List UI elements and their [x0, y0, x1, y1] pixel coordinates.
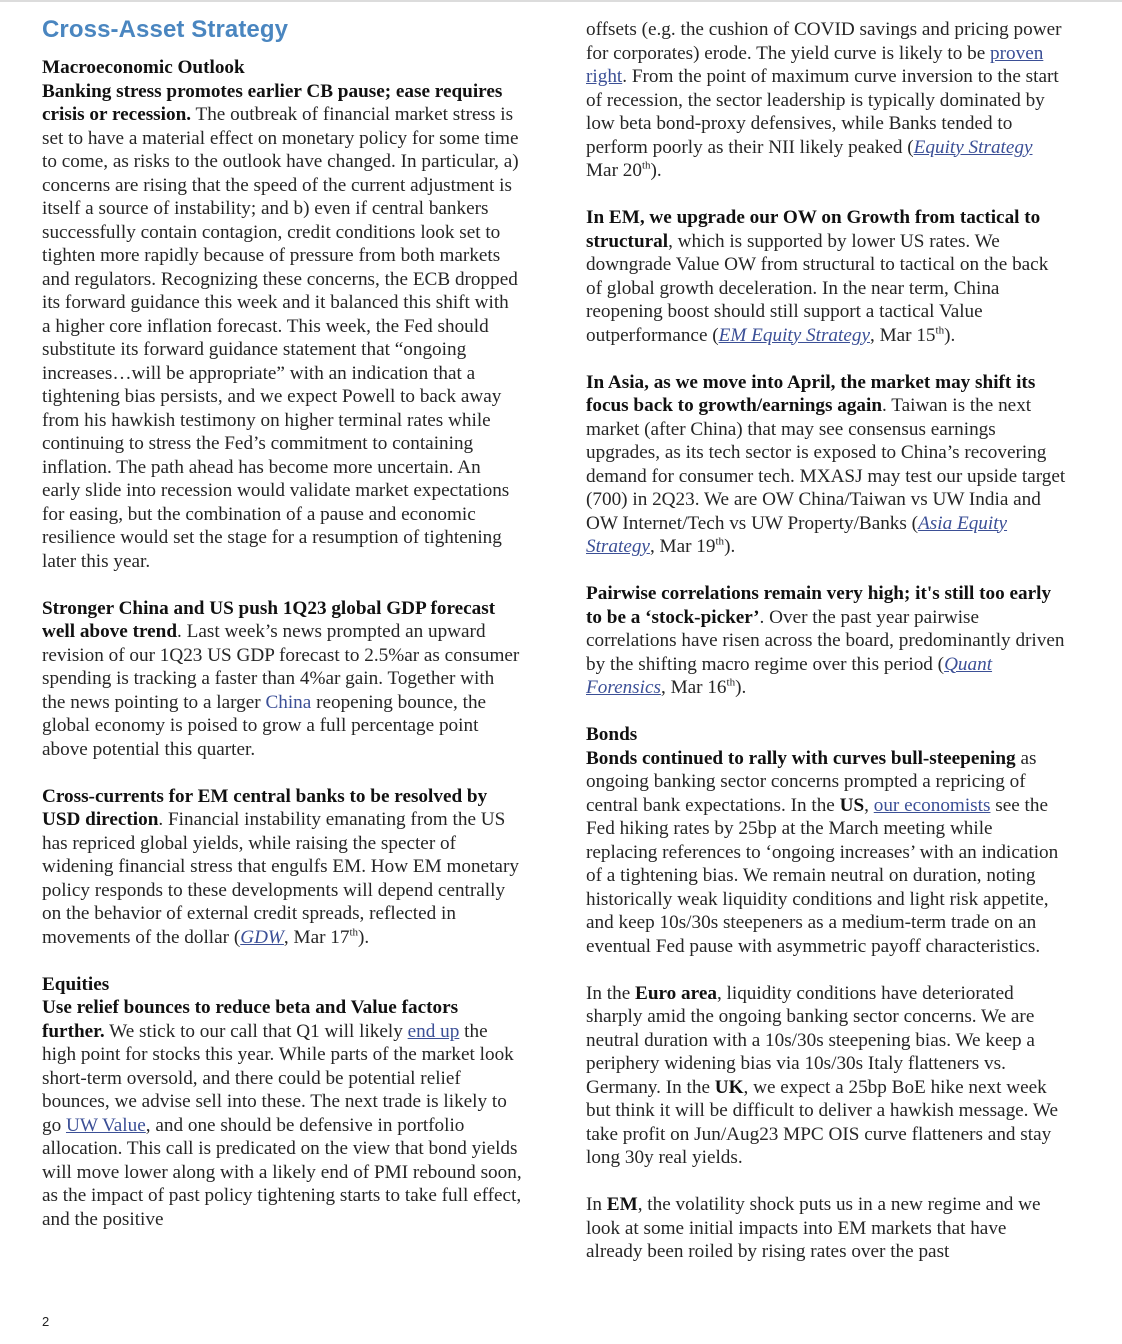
- paragraph-em-growth: In EM, we upgrade our OW on Growth from …: [586, 206, 1066, 347]
- region-us: US: [840, 795, 865, 816]
- body-text: see the Fed hiking rates by 25bp at the …: [586, 795, 1058, 957]
- page-title: Cross-Asset Strategy: [42, 16, 288, 44]
- body-text: ).: [651, 160, 662, 181]
- body-text: We stick to our call that Q1 will likely: [105, 1021, 408, 1042]
- body-text: , the volatility shock puts us in a new …: [586, 1194, 1041, 1262]
- china-link[interactable]: China: [265, 692, 311, 713]
- paragraph-banking-stress: Banking stress promotes earlier CB pause…: [42, 80, 522, 574]
- region-euro: Euro area: [635, 983, 717, 1004]
- section-heading-equities: Equities: [42, 973, 522, 997]
- ordinal-suffix: th: [349, 926, 358, 938]
- right-column: offsets (e.g. the cushion of COVID savin…: [586, 18, 1066, 1264]
- top-border: [0, 0, 1122, 2]
- paragraph-pairwise-correlations: Pairwise correlations remain very high; …: [586, 582, 1066, 700]
- paragraph-bonds-us: Bonds continued to rally with curves bul…: [586, 747, 1066, 959]
- body-text: ).: [724, 536, 735, 557]
- date-text: , Mar 15: [870, 325, 936, 346]
- our-economists-link[interactable]: our economists: [874, 795, 991, 816]
- paragraph-gdp-forecast: Stronger China and US push 1Q23 global G…: [42, 597, 522, 762]
- body-text: ).: [944, 325, 955, 346]
- paragraph-bonds-em: In EM, the volatility shock puts us in a…: [586, 1193, 1066, 1264]
- body-text: In the: [586, 983, 635, 1004]
- paragraph-yield-curve: offsets (e.g. the cushion of COVID savin…: [586, 18, 1066, 183]
- region-em: EM: [607, 1194, 638, 1215]
- em-equity-strategy-link[interactable]: EM Equity Strategy: [719, 325, 870, 346]
- date-text: , Mar 19: [650, 536, 716, 557]
- left-column: Macroeconomic Outlook Banking stress pro…: [42, 56, 522, 1231]
- body-text: In: [586, 1194, 607, 1215]
- end-up-link[interactable]: end up: [408, 1021, 460, 1042]
- lead-text: Bonds continued to rally with curves bul…: [586, 748, 1016, 769]
- paragraph-em-central-banks: Cross-currents for EM central banks to b…: [42, 785, 522, 950]
- body-text: ,: [864, 795, 874, 816]
- body-text: The outbreak of financial market stress …: [42, 104, 519, 572]
- ordinal-suffix: th: [716, 536, 725, 548]
- paragraph-asia: In Asia, as we move into April, the mark…: [586, 371, 1066, 559]
- date-text: , Mar 16: [661, 677, 727, 698]
- uw-value-link[interactable]: UW Value: [66, 1115, 146, 1136]
- gdw-link[interactable]: GDW: [240, 927, 284, 948]
- body-text: ).: [735, 677, 746, 698]
- section-heading-macro: Macroeconomic Outlook: [42, 56, 522, 80]
- page-number: 2: [42, 1314, 49, 1329]
- date-text: Mar 20: [586, 160, 642, 181]
- equity-strategy-link[interactable]: Equity Strategy: [914, 137, 1033, 158]
- region-uk: UK: [715, 1077, 744, 1098]
- ordinal-suffix: th: [727, 677, 736, 689]
- paragraph-bonds-euro-uk: In the Euro area, liquidity conditions h…: [586, 982, 1066, 1170]
- body-text: ).: [358, 927, 369, 948]
- paragraph-equities: Use relief bounces to reduce beta and Va…: [42, 996, 522, 1231]
- date-text: , Mar 17: [284, 927, 350, 948]
- ordinal-suffix: th: [936, 324, 945, 336]
- section-heading-bonds: Bonds: [586, 723, 1066, 747]
- ordinal-suffix: th: [642, 160, 651, 172]
